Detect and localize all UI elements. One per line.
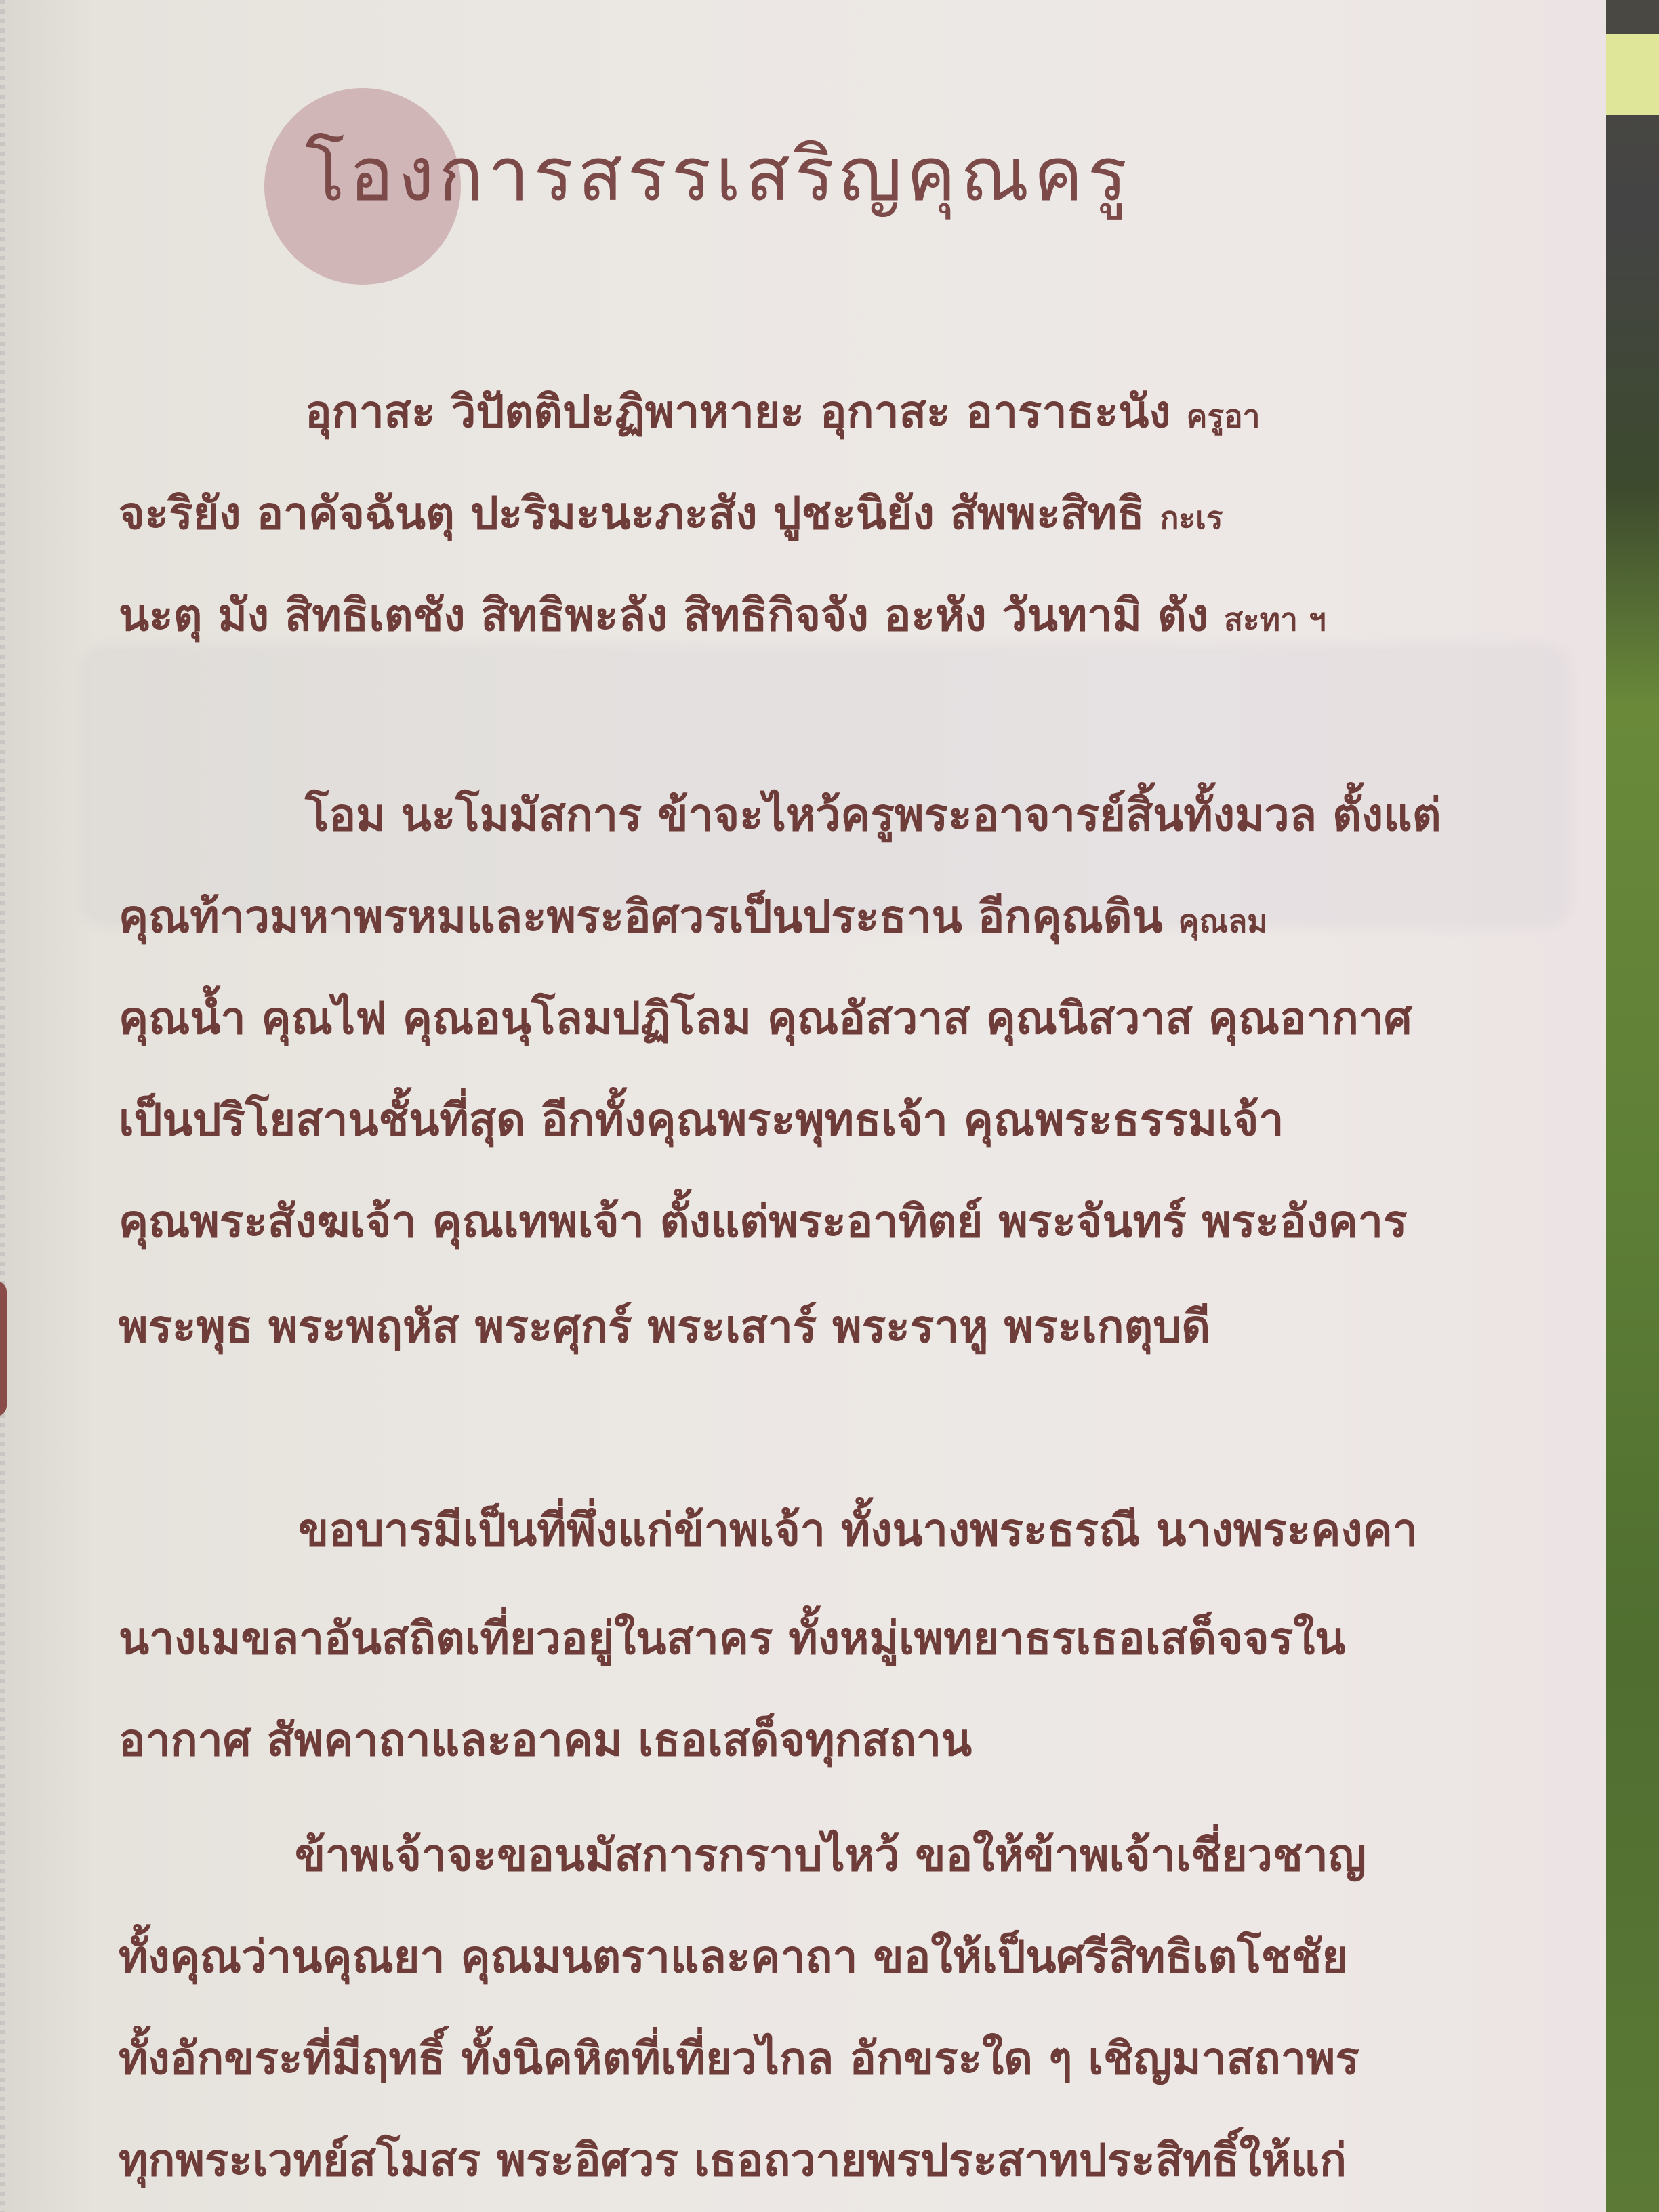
text-line: อุกาสะ วิปัตติปะฏิพาหายะ อุกาสะ อาราธะนั…	[305, 376, 1261, 447]
line-tail: คุณลม	[1179, 903, 1268, 939]
line-text: ขอบารมีเป็นที่พึ่งแก่ข้าพเจ้า ทั้งนางพระ…	[298, 1504, 1418, 1556]
text-line: เป็นปริโยสานชั้นที่สุด อีกทั้งคุณพระพุทธ…	[119, 1084, 1284, 1155]
text-line: นะตุ มัง สิทธิเตชัง สิทธิพะลัง สิทธิกิจจ…	[119, 579, 1326, 651]
text-line: คุณท้าวมหาพรหมและพระอิศวรเป็นประธาน อีกค…	[119, 881, 1268, 952]
text-line: จะริยัง อาคัจฉันตุ ปะริมะนะภะสัง ปูชะนิย…	[119, 478, 1223, 549]
background-foliage	[1599, 0, 1659, 2212]
text-line: ทั้งคุณว่านคุณยา คุณมนตราและคาถา ขอให้เป…	[119, 1921, 1348, 1992]
text-line: คุณน้ำ คุณไฟ คุณอนุโลมปฏิโลม คุณอัสวาส ค…	[119, 983, 1412, 1054]
text-line: โอม นะโมมัสการ ข้าจะไหว้ครูพระอาจารย์สิ้…	[305, 779, 1441, 851]
text-line: ขอบารมีเป็นที่พึ่งแก่ข้าพเจ้า ทั้งนางพระ…	[298, 1494, 1418, 1565]
line-tail: ครูอา	[1187, 398, 1261, 434]
text-line: ทั้งอักขระที่มีฤทธิ์ ทั้งนิคหิตที่เที่ยว…	[119, 2023, 1359, 2094]
line-tail: สะทา ฯ	[1224, 601, 1326, 638]
text-line: พระพุธ พระพฤหัส พระศุกร์ พระเสาร์ พระราห…	[119, 1291, 1210, 1362]
line-text: ทั้งคุณว่านคุณยา คุณมนตราและคาถา ขอให้เป…	[119, 1931, 1348, 1983]
line-text: ทุกพระเวทย์สโมสร พระอิศวร เธอถวายพรประสา…	[119, 2134, 1347, 2186]
line-text: คุณท้าวมหาพรหมและพระอิศวรเป็นประธาน อีกค…	[119, 890, 1163, 943]
page-edge-tab	[0, 1281, 7, 1416]
page-title: โองการสรรเสริญคุณครู	[305, 115, 1131, 233]
text-line: คุณพระสังฆเจ้า คุณเทพเจ้า ตั้งแต่พระอาทิ…	[119, 1186, 1407, 1257]
text-line: อากาศ สัพคาถาและอาคม เธอเสด็จทุกสถาน	[119, 1704, 972, 1776]
line-text: พระพุธ พระพฤหัส พระศุกร์ พระเสาร์ พระราห…	[119, 1300, 1210, 1353]
line-text: คุณพระสังฆเจ้า คุณเทพเจ้า ตั้งแต่พระอาทิ…	[119, 1195, 1407, 1248]
line-text: นะตุ มัง สิทธิเตชัง สิทธิพะลัง สิทธิกิจจ…	[119, 589, 1208, 641]
line-text: โอม นะโมมัสการ ข้าจะไหว้ครูพระอาจารย์สิ้…	[305, 789, 1441, 841]
line-text: ข้าพเจ้าจะขอนมัสการกราบไหว้ ขอให้ข้าพเจ้…	[295, 1829, 1366, 1881]
line-text: เป็นปริโยสานชั้นที่สุด อีกทั้งคุณพระพุทธ…	[119, 1094, 1284, 1146]
text-line: ข้าพเจ้าจะขอนมัสการกราบไหว้ ขอให้ข้าพเจ้…	[295, 1820, 1366, 1891]
text-line: ทุกพระเวทย์สโมสร พระอิศวร เธอถวายพรประสา…	[119, 2125, 1347, 2196]
line-text: ทั้งอักขระที่มีฤทธิ์ ทั้งนิคหิตที่เที่ยว…	[119, 2032, 1359, 2085]
line-text: อุกาสะ วิปัตติปะฏิพาหายะ อุกาสะ อาราธะนั…	[305, 386, 1171, 438]
book-page: โองการสรรเสริญคุณครู อุกาสะ วิปัตติปะฏิพ…	[0, 0, 1606, 2212]
line-text: อากาศ สัพคาถาและอาคม เธอเสด็จทุกสถาน	[119, 1714, 972, 1766]
text-line: นางเมขลาอันสถิตเที่ยวอยู่ในสาคร ทั้งหมู่…	[119, 1603, 1345, 1674]
line-tail: กะเร	[1160, 499, 1223, 536]
line-text: คุณน้ำ คุณไฟ คุณอนุโลมปฏิโลม คุณอัสวาส ค…	[119, 992, 1412, 1044]
line-text: นางเมขลาอันสถิตเที่ยวอยู่ในสาคร ทั้งหมู่…	[119, 1612, 1345, 1664]
line-text: จะริยัง อาคัจฉันตุ ปะริมะนะภะสัง ปูชะนิย…	[119, 487, 1145, 539]
